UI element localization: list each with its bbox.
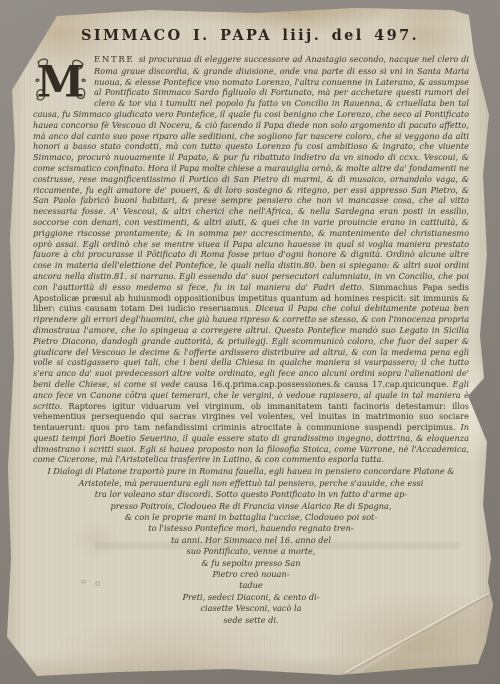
body-segment: si procuraua di eleggere successore ad A…: [33, 54, 469, 292]
book-page: = o SIMMACO I. PAPA liij. del 497. M ENT…: [0, 0, 500, 684]
body-segment: Raptores igitur viduarum vel virginum, o…: [33, 401, 469, 433]
drop-cap-initial: M: [33, 55, 88, 105]
taper-line: Pietro creò nouan-: [33, 569, 469, 580]
taper-block: I Dialogi di Platone traportò pure in Ro…: [33, 466, 469, 626]
body-segment: ENTRE: [94, 55, 139, 65]
taper-line: suo Pontificato, venne a morte,: [33, 546, 469, 557]
taper-line: tra lor voleano star discordi. Sotto que…: [33, 489, 469, 500]
taper-line: & fu sepolto presso San: [33, 558, 469, 569]
taper-line: presso Poitrois, Clodoueo Re di Francia …: [33, 501, 469, 512]
taper-line: sede sette di.: [33, 615, 469, 626]
taper-line: I Dialogi di Platone traportò pure in Ro…: [33, 466, 469, 477]
drop-cap-letter: M: [37, 57, 85, 105]
body-text-block: M ENTRE si procuraua di eleggere success…: [33, 54, 469, 626]
woodcut-initial-icon: M: [33, 55, 88, 105]
taper-line: & con le proprie mani in battaglia l'ucc…: [33, 512, 469, 523]
taper-line: ciasette Vesconi, vacò la: [33, 603, 469, 614]
body-paragraph: ENTRE si procuraua di eleggere successor…: [33, 54, 469, 464]
taper-line: Aristotele, mà perauentura egli non effe…: [33, 478, 469, 489]
page-heading: SIMMACO I. PAPA liij. del 497.: [0, 27, 500, 44]
body-segment: causa 16.q.prima.cap.possessiones.& caus…: [184, 379, 452, 389]
taper-line: tadue: [33, 580, 469, 591]
photo-background: = o SIMMACO I. PAPA liij. del 497. M ENT…: [0, 0, 500, 684]
body-segment: Diceua il Papa che colui debitamente pot…: [33, 303, 469, 389]
taper-line: ta anni. Hor Simmaco nel 16. anno del: [33, 535, 469, 546]
taper-line: to l'istesso Pontefice morì, hauendo reg…: [33, 523, 469, 534]
taper-line: Preti, sedeci Diaconi, & cento di-: [33, 592, 469, 603]
